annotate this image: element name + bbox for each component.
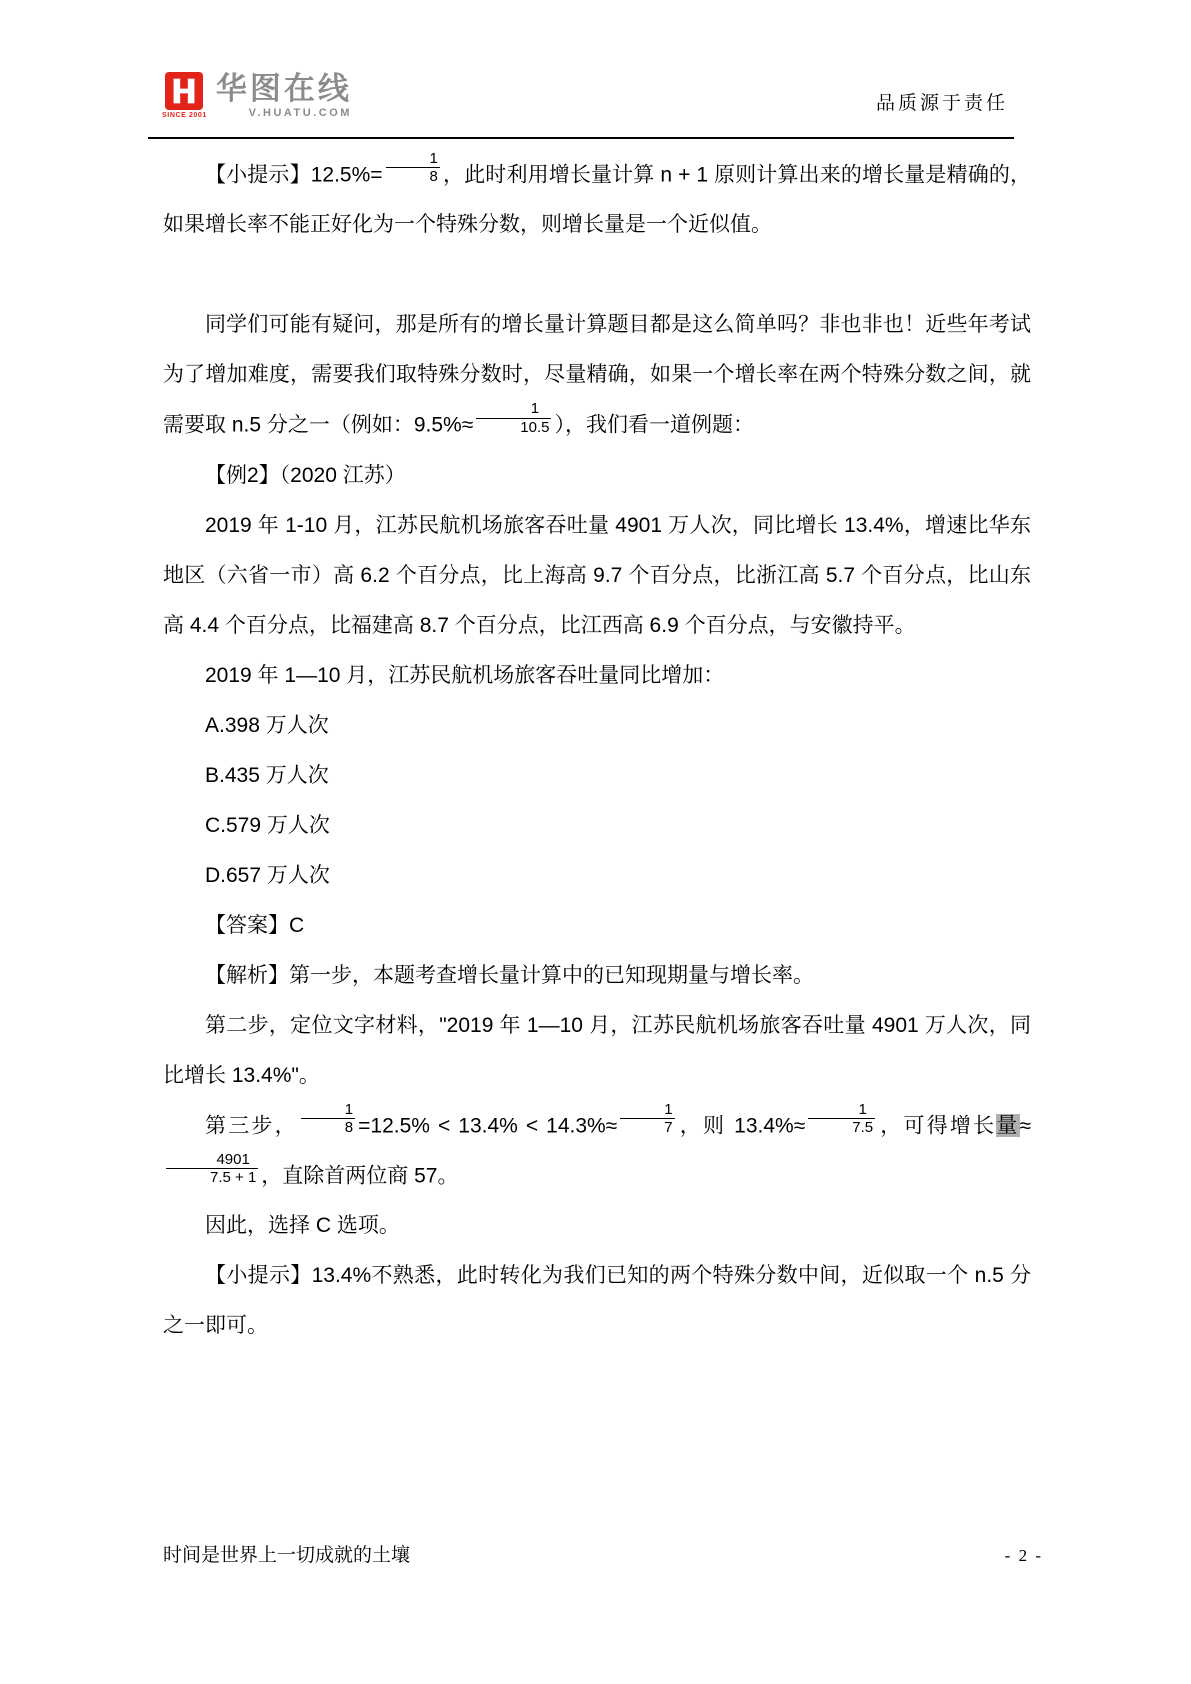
fraction-1-10-5: 110.5 — [476, 400, 551, 436]
page-header: SINCE 2001 华图在线 V.HUATU.COM 品质源于责任 — [148, 0, 1014, 139]
analysis-step3: 第三步，18=12.5% < 13.4% < 14.3%≈17，则 13.4%≈… — [163, 1101, 1031, 1202]
fraction-numerator: 1 — [620, 1101, 674, 1118]
fraction-1-7: 17 — [620, 1101, 674, 1137]
page-number: - 2 - — [1005, 1546, 1043, 1566]
fraction-numerator: 1 — [808, 1101, 875, 1118]
step3-text-4c: ≈ — [1020, 1114, 1032, 1137]
fraction-denominator: 8 — [386, 167, 440, 185]
example-question: 2019 年 1—10 月，江苏民航机场旅客吞吐量同比增加： — [163, 651, 1031, 701]
logo-domain-text: V.HUATU.COM — [249, 107, 352, 119]
document-page: SINCE 2001 华图在线 V.HUATU.COM 品质源于责任 【小提示】… — [0, 0, 1191, 1684]
option-d: D.657 万人次 — [163, 851, 1031, 901]
analysis-step1: 【解析】第一步，本题考查增长量计算中的已知现期量与增长率。 — [163, 951, 1031, 1001]
fraction-1-7-5: 17.5 — [808, 1101, 875, 1137]
logo-mark-block: SINCE 2001 — [162, 72, 207, 119]
logo-brand-text: 华图在线 — [216, 72, 352, 106]
fraction-denominator: 7.5 — [808, 1118, 875, 1136]
huatu-logo: SINCE 2001 华图在线 V.HUATU.COM — [162, 72, 352, 119]
fraction-denominator: 8 — [301, 1118, 355, 1136]
fraction-numerator: 1 — [476, 400, 551, 417]
header-tagline: 品质源于责任 — [876, 88, 1008, 115]
step3-text-4a: ，可得增长 — [878, 1114, 996, 1137]
fraction-numerator: 1 — [301, 1101, 355, 1118]
intro-paragraph: 同学们可能有疑问，那是所有的增长量计算题目都是这么简单吗？非也非也！近些年考试为… — [163, 300, 1031, 450]
step3-text-2: =12.5% < 13.4% < 14.3%≈ — [358, 1114, 617, 1137]
example-stem: 2019 年 1-10 月，江苏民航机场旅客吞吐量 4901 万人次，同比增长 … — [163, 501, 1031, 651]
fraction-numerator: 4901 — [166, 1151, 258, 1168]
fraction-denominator: 7.5 + 1 — [166, 1168, 258, 1186]
option-c: C.579 万人次 — [163, 801, 1031, 851]
tip-paragraph-1: 【小提示】12.5%=18，此时利用增长量计算 n + 1 原则计算出来的增长量… — [163, 150, 1031, 250]
blank-line — [163, 250, 1031, 300]
option-a: A.398 万人次 — [163, 701, 1031, 751]
fraction-1-8: 18 — [301, 1101, 355, 1137]
conclusion-line: 因此，选择 C 选项。 — [163, 1201, 1031, 1251]
highlighted-character: 量 — [996, 1114, 1019, 1137]
fraction-numerator: 1 — [386, 150, 440, 167]
fraction-denominator: 10.5 — [476, 418, 551, 436]
option-b: B.435 万人次 — [163, 751, 1031, 801]
footer-motto: 时间是世界上一切成就的土壤 — [163, 1540, 410, 1567]
answer-line: 【答案】C — [163, 901, 1031, 951]
tip1-text-pre: 【小提示】12.5%= — [205, 163, 383, 186]
step3-text-5: ，直除首两位商 57。 — [261, 1164, 458, 1187]
fraction-denominator: 7 — [620, 1118, 674, 1136]
analysis-step2: 第二步，定位文字材料，"2019 年 1—10 月，江苏民航机场旅客吞吐量 49… — [163, 1001, 1031, 1101]
logo-since-text: SINCE 2001 — [162, 112, 207, 119]
tip-paragraph-2: 【小提示】13.4%不熟悉，此时转化为我们已知的两个特殊分数中间，近似取一个 n… — [163, 1251, 1031, 1351]
step3-text-1: 第三步， — [205, 1114, 298, 1137]
intro-text-post: ），我们看一道例题： — [554, 414, 754, 437]
logo-text-block: 华图在线 V.HUATU.COM — [216, 72, 352, 119]
fraction-1-8: 18 — [386, 150, 440, 186]
document-body: 【小提示】12.5%=18，此时利用增长量计算 n + 1 原则计算出来的增长量… — [163, 150, 1031, 1351]
fraction-4901-over-8-5: 49017.5 + 1 — [166, 1151, 258, 1187]
example-title: 【例2】（2020 江苏） — [163, 451, 1031, 501]
step3-text-3: ，则 13.4%≈ — [678, 1114, 806, 1137]
page-footer: 时间是世界上一切成就的土壤 - 2 - — [163, 1540, 1043, 1567]
huatu-logo-icon — [165, 72, 203, 110]
